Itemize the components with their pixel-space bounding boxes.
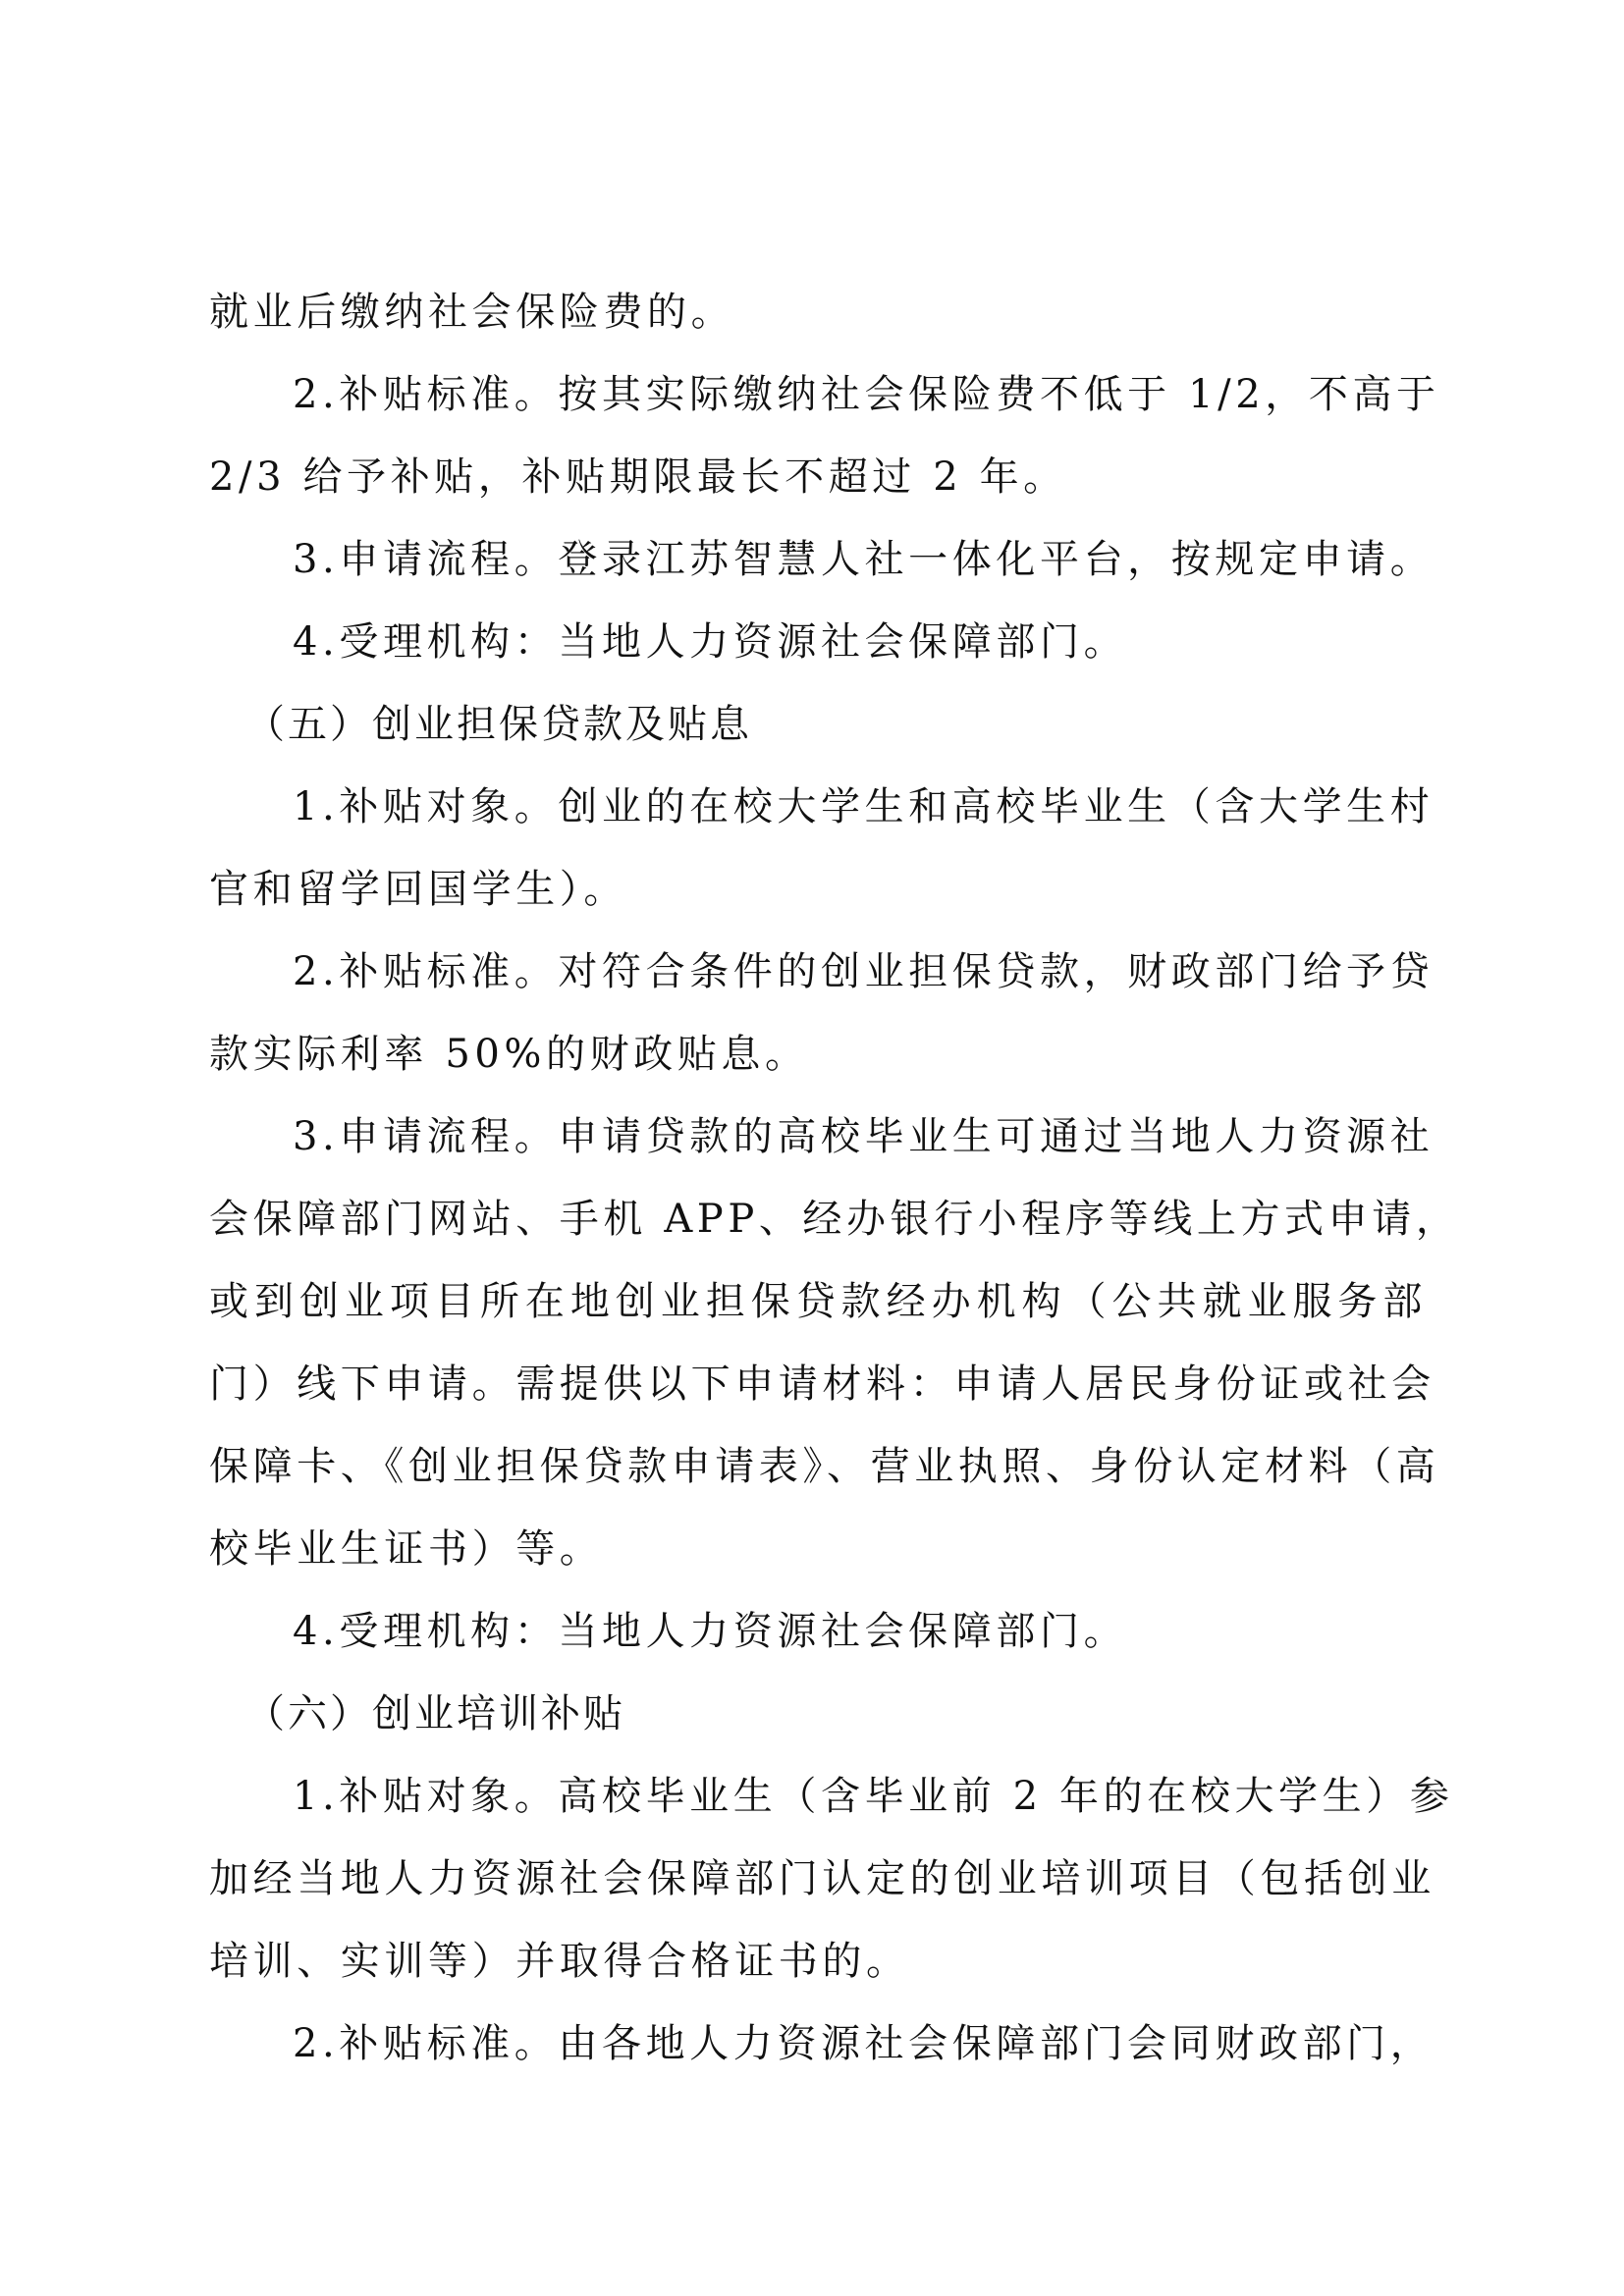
section-heading: （五）创业担保贷款及贴息 (245, 695, 1463, 754)
paragraph-line: 2/3 给予补贴，补贴期限最长不超过 2 年。 (209, 448, 1427, 507)
section-heading: （六）创业培训补贴 (245, 1684, 1463, 1743)
paragraph-line: 会保障部门网站、手机 APP、经办银行小程序等线上方式申请， (209, 1190, 1427, 1249)
paragraph-line: 官和留学回国学生）。 (209, 860, 1427, 919)
paragraph-line: 4.受理机构：当地人力资源社会保障部门。 (293, 1602, 1427, 1661)
paragraph-line: 款实际利率 50%的财政贴息。 (209, 1025, 1427, 1084)
paragraph-line: 门）线下申请。需提供以下申请材料：申请人居民身份证或社会 (209, 1355, 1427, 1414)
document-page: 就业后缴纳社会保险费的。 2.补贴标准。按其实际缴纳社会保险费不低于 1/2，不… (0, 0, 1624, 2296)
paragraph-line: 校毕业生证书）等。 (209, 1520, 1427, 1578)
paragraph-line: 3.申请流程。申请贷款的高校毕业生可通过当地人力资源社 (293, 1107, 1427, 1166)
paragraph-line: 2.补贴标准。按其实际缴纳社会保险费不低于 1/2，不高于 (293, 365, 1427, 424)
paragraph-line: 2.补贴标准。对符合条件的创业担保贷款，财政部门给予贷 (293, 942, 1427, 1001)
paragraph-line: 3.申请流程。登录江苏智慧人社一体化平台，按规定申请。 (293, 530, 1427, 589)
paragraph-line: 保障卡、《创业担保贷款申请表》、营业执照、身份认定材料（高 (209, 1437, 1427, 1496)
paragraph-line: 4.受理机构：当地人力资源社会保障部门。 (293, 613, 1427, 671)
paragraph-line: 2.补贴标准。由各地人力资源社会保障部门会同财政部门， (293, 2014, 1427, 2073)
paragraph-line: 培训、实训等）并取得合格证书的。 (209, 1932, 1427, 1991)
paragraph-line: 就业后缴纳社会保险费的。 (209, 283, 1427, 342)
paragraph-line: 1.补贴对象。创业的在校大学生和高校毕业生（含大学生村 (293, 777, 1427, 836)
paragraph-line: 或到创业项目所在地创业担保贷款经办机构（公共就业服务部 (209, 1272, 1427, 1331)
paragraph-line: 加经当地人力资源社会保障部门认定的创业培训项目（包括创业 (209, 1849, 1427, 1908)
paragraph-line: 1.补贴对象。高校毕业生（含毕业前 2 年的在校大学生）参 (293, 1767, 1427, 1826)
